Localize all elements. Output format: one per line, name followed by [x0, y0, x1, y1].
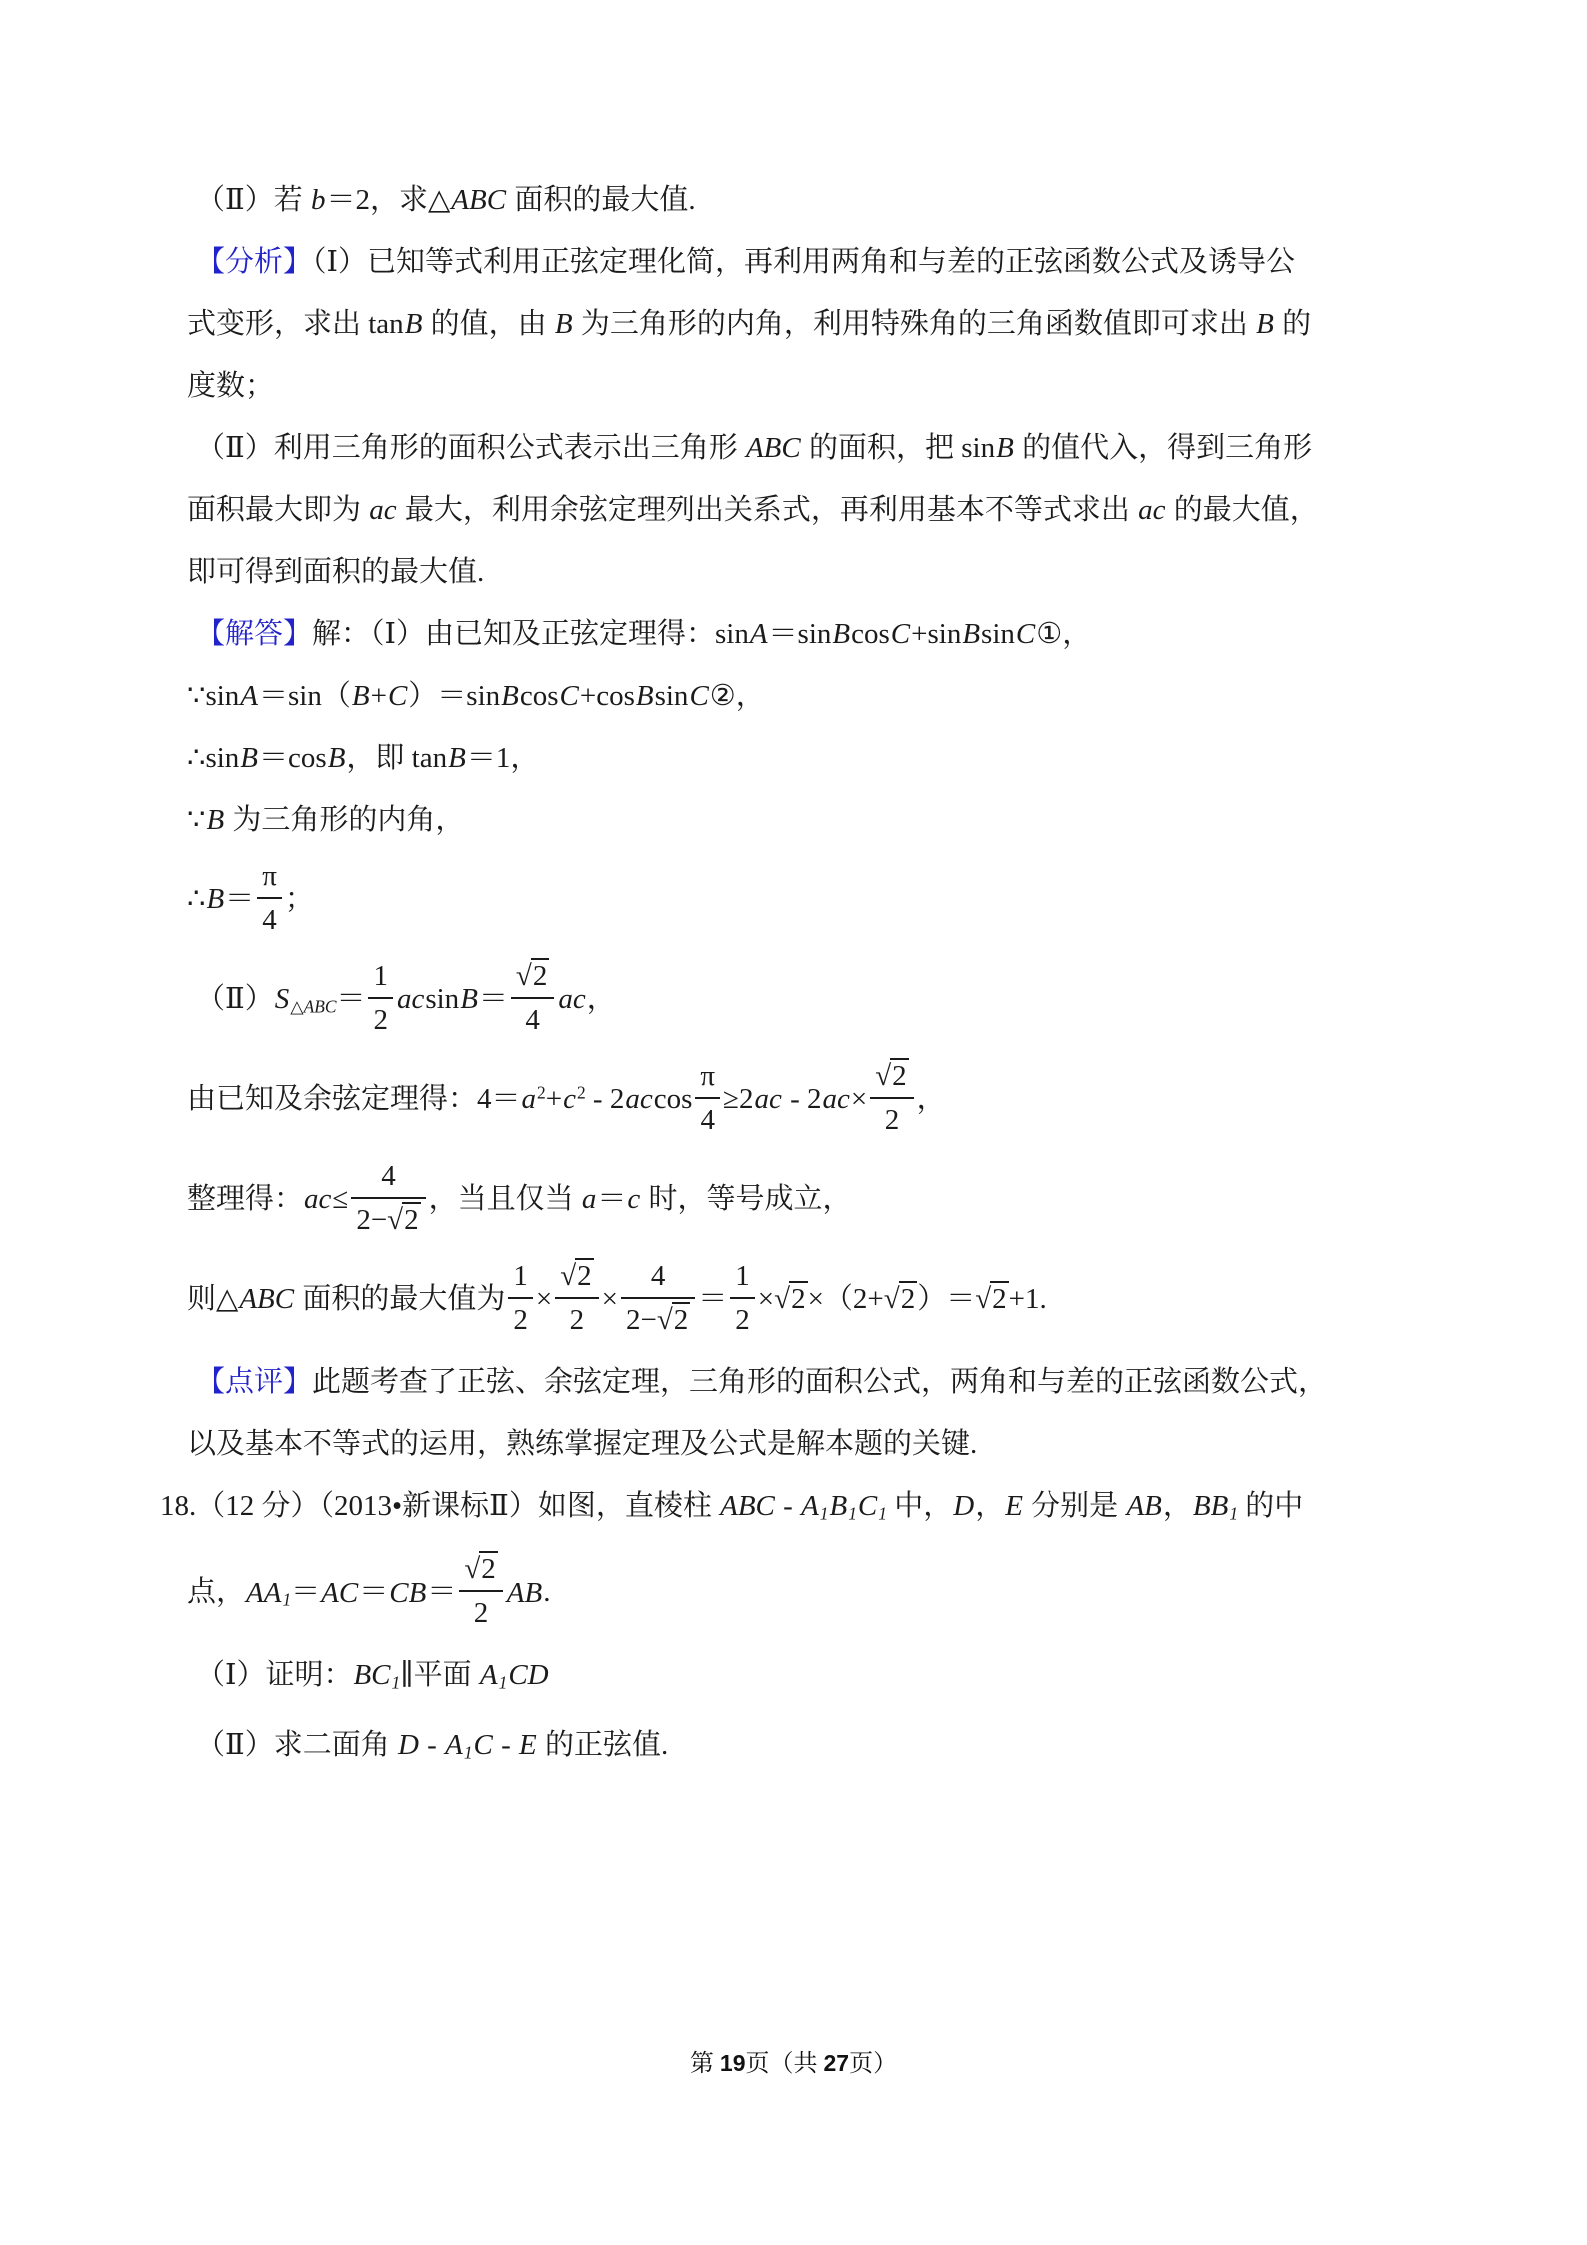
- section-label: 【分析】: [196, 246, 312, 278]
- document-line: 【解答】解：（Ⅰ）由已知及正弦定理得：sinA＝sinBcosC+sinBsin…: [196, 612, 1450, 657]
- document-line: 即可得到面积的最大值.: [187, 550, 1450, 595]
- total-pages: 27: [824, 2050, 850, 2076]
- page-number: 19: [720, 2050, 746, 2076]
- document-line: （Ⅱ）求二面角 D - A1C - E 的正弦值.: [196, 1723, 1450, 1775]
- document-line: 式变形，求出 tanB 的值，由 B 为三角形的内角，利用特殊角的三角函数值即可…: [187, 302, 1450, 347]
- fraction: 12: [368, 956, 393, 1039]
- document-line: 18.（12 分）（2013•新课标Ⅱ）如图，直棱柱 ABC - A1B1C1 …: [160, 1484, 1450, 1536]
- fraction: 42−√2: [621, 1256, 695, 1339]
- document-line: （Ⅰ）证明：BC1∥平面 A1CD: [196, 1653, 1450, 1705]
- fraction: π4: [257, 856, 282, 939]
- document-line: 度数；: [187, 364, 1450, 409]
- radical: √2: [774, 1281, 807, 1315]
- document-line: （Ⅱ）若 b＝2，求△ABC 面积的最大值.: [196, 178, 1450, 223]
- section-label: 【点评】: [196, 1366, 312, 1398]
- page-footer: 第 19页（共 27页）: [0, 2043, 1587, 2078]
- radical: √2: [657, 1302, 690, 1336]
- fraction: √22: [555, 1256, 598, 1339]
- section-label: 【解答】: [196, 618, 312, 650]
- footer-prefix: 第: [690, 2051, 720, 2077]
- fraction: √24: [511, 956, 554, 1039]
- fraction: 42−√2: [351, 1156, 425, 1239]
- fraction: √22: [870, 1056, 913, 1139]
- document-line: ∴sinB＝cosB，即 tanB＝1，: [187, 736, 1450, 781]
- fraction: √22: [459, 1549, 502, 1632]
- document-line: 点，AA1＝AC＝CB＝√22AB.: [187, 1553, 1450, 1636]
- radical: √2: [884, 1281, 917, 1315]
- radical: √2: [560, 1258, 593, 1292]
- footer-suffix: 页）: [849, 2051, 897, 2077]
- document-line: 面积最大即为 ac 最大，利用余弦定理列出关系式，再利用基本不等式求出 ac 的…: [187, 488, 1450, 533]
- radical: √2: [464, 1551, 497, 1585]
- radical: √2: [975, 1281, 1008, 1315]
- document-line: （Ⅱ）S△ABC＝12acsinB＝√24ac，: [196, 960, 1450, 1043]
- document-line: 以及基本不等式的运用，熟练掌握定理及公式是解本题的关键.: [187, 1422, 1450, 1467]
- document-line: 整理得：ac≤42−√2，当且仅当 a＝c 时，等号成立，: [187, 1160, 1450, 1243]
- fraction: π4: [695, 1056, 720, 1139]
- footer-middle: 页（共: [746, 2051, 824, 2077]
- document-page: （Ⅱ）若 b＝2，求△ABC 面积的最大值. 【分析】（Ⅰ）已知等式利用正弦定理…: [0, 0, 1587, 2245]
- document-line: 【点评】此题考查了正弦、余弦定理，三角形的面积公式，两角和与差的正弦函数公式，: [196, 1360, 1450, 1405]
- document-content: （Ⅱ）若 b＝2，求△ABC 面积的最大值. 【分析】（Ⅰ）已知等式利用正弦定理…: [160, 178, 1450, 1792]
- fraction: 12: [730, 1256, 755, 1339]
- document-line: ∵B 为三角形的内角，: [187, 798, 1450, 843]
- document-line: 【分析】（Ⅰ）已知等式利用正弦定理化简，再利用两角和与差的正弦函数公式及诱导公: [196, 240, 1450, 285]
- fraction: 12: [508, 1256, 533, 1339]
- radical: √2: [516, 958, 549, 992]
- document-line: （Ⅱ）利用三角形的面积公式表示出三角形 ABC 的面积，把 sinB 的值代入，…: [196, 426, 1450, 471]
- document-line: 则△ABC 面积的最大值为12×√22×42−√2＝12×√2×（2+√2）＝√…: [187, 1260, 1450, 1343]
- document-line: 由已知及余弦定理得：4＝a2+c2 - 2accosπ4≥2ac - 2ac×√…: [187, 1060, 1450, 1143]
- document-line: ∵sinA＝sin（B+C）＝sinBcosC+cosBsinC②，: [187, 674, 1450, 719]
- radical: √2: [875, 1058, 908, 1092]
- radical: √2: [387, 1202, 420, 1236]
- document-line: ∴B＝π4；: [187, 860, 1450, 943]
